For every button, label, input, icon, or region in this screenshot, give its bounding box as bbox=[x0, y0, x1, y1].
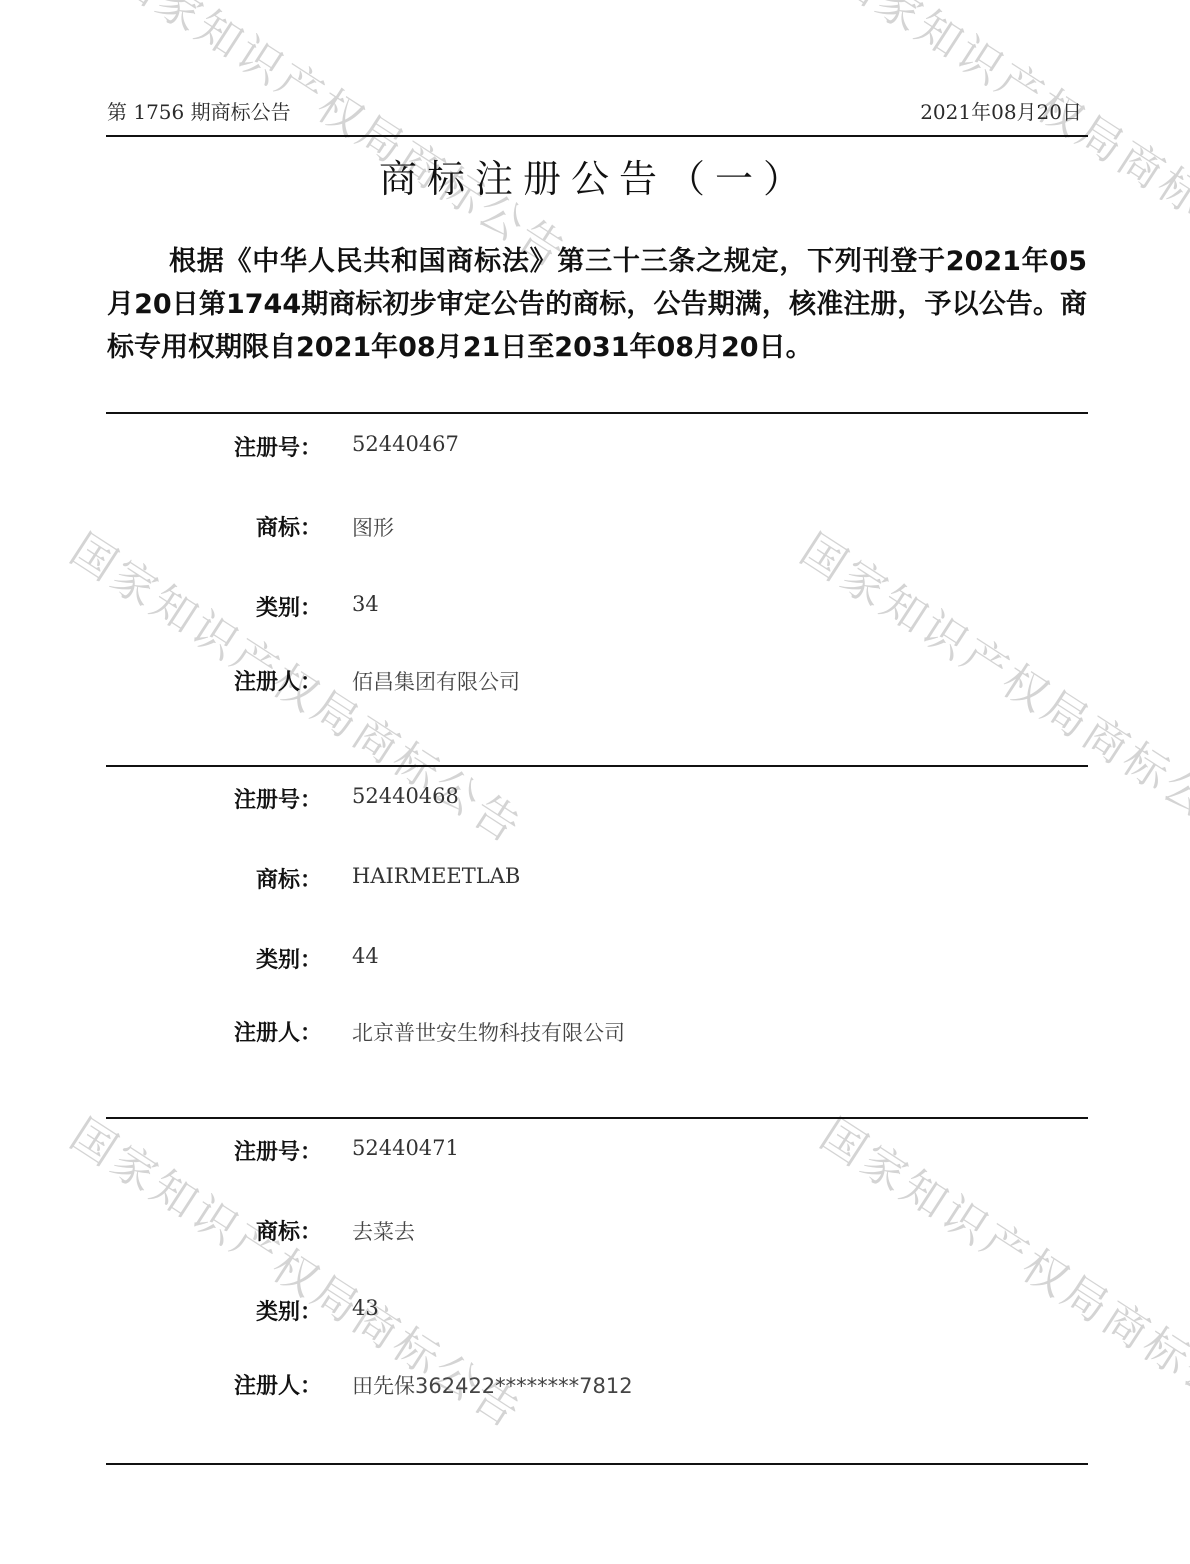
intro-paragraph: 根据《中华人民共和国商标法》第三十三条之规定，下列刊登于2021年05月20日第… bbox=[107, 240, 1087, 369]
class-label: 类别： bbox=[256, 943, 322, 974]
header-rule bbox=[106, 135, 1088, 137]
document-page: 国家知识产权局商标公告 国家知识产权局商标公告 国家知识产权局商标公告 国家知识… bbox=[0, 0, 1190, 1564]
record-2-mark-row: 商标： HAIRMEETLAB bbox=[0, 863, 1190, 893]
record-2-class-row: 类别： 44 bbox=[0, 943, 1190, 973]
record-1-registrant-row: 注册人： 佰昌集团有限公司 bbox=[0, 665, 1190, 695]
reg-no-value: 52440467 bbox=[352, 432, 459, 456]
class-value: 43 bbox=[352, 1296, 379, 1320]
record-3-registrant-row: 注册人： 田先保362422********7812 bbox=[0, 1369, 1190, 1399]
record-2-reg-no-row: 注册号： 52440468 bbox=[0, 783, 1190, 813]
reg-no-value: 52440468 bbox=[352, 784, 459, 808]
registrant-value: 北京普世安生物科技有限公司 bbox=[352, 1017, 625, 1047]
mark-value: 去菜去 bbox=[352, 1216, 415, 1246]
issue-number: 第 1756 期商标公告 bbox=[107, 96, 291, 125]
record-3-mark-row: 商标： 去菜去 bbox=[0, 1215, 1190, 1245]
class-value: 44 bbox=[352, 944, 379, 968]
mark-value: 图形 bbox=[352, 512, 394, 542]
reg-no-label: 注册号： bbox=[234, 783, 322, 814]
reg-no-label: 注册号： bbox=[234, 431, 322, 462]
record-3-class-row: 类别： 43 bbox=[0, 1295, 1190, 1325]
mark-label: 商标： bbox=[256, 1215, 322, 1246]
record-divider bbox=[106, 765, 1088, 767]
class-value: 34 bbox=[352, 592, 379, 616]
reg-no-label: 注册号： bbox=[234, 1135, 322, 1166]
record-divider bbox=[106, 412, 1088, 414]
record-3-reg-no-row: 注册号： 52440471 bbox=[0, 1135, 1190, 1165]
record-1-reg-no-row: 注册号： 52440467 bbox=[0, 431, 1190, 461]
class-label: 类别： bbox=[256, 1295, 322, 1326]
mark-value: HAIRMEETLAB bbox=[352, 864, 520, 888]
class-label: 类别： bbox=[256, 591, 322, 622]
issue-date: 2021年08月20日 bbox=[920, 96, 1082, 125]
reg-no-value: 52440471 bbox=[352, 1136, 459, 1160]
registrant-value: 田先保362422********7812 bbox=[352, 1370, 633, 1400]
registrant-label: 注册人： bbox=[234, 1369, 322, 1400]
registrant-value: 佰昌集团有限公司 bbox=[352, 666, 520, 696]
registrant-label: 注册人： bbox=[234, 665, 322, 696]
record-1-mark-row: 商标： 图形 bbox=[0, 511, 1190, 541]
record-2-registrant-row: 注册人： 北京普世安生物科技有限公司 bbox=[0, 1016, 1190, 1046]
mark-label: 商标： bbox=[256, 511, 322, 542]
record-1-class-row: 类别： 34 bbox=[0, 591, 1190, 621]
registrant-label: 注册人： bbox=[234, 1016, 322, 1047]
record-divider bbox=[106, 1463, 1088, 1465]
page-title: 商标注册公告（一） bbox=[0, 148, 1190, 203]
record-divider bbox=[106, 1117, 1088, 1119]
mark-label: 商标： bbox=[256, 863, 322, 894]
